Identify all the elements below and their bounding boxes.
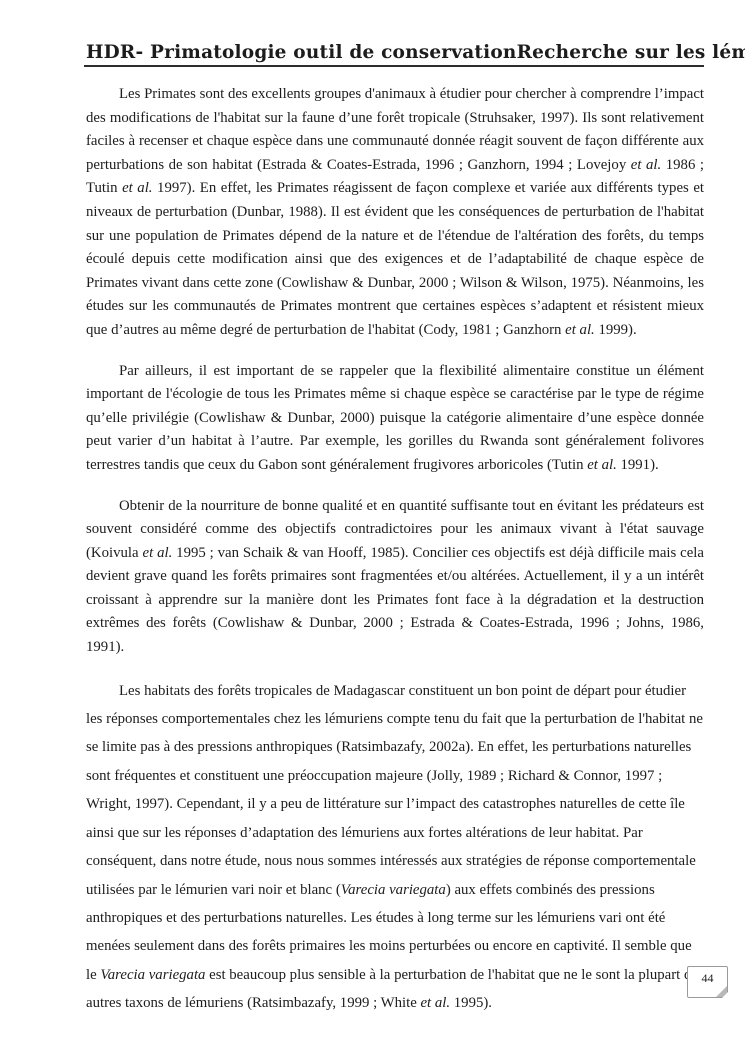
- page-number-box: 44: [687, 966, 728, 998]
- page-number: 44: [702, 971, 714, 986]
- header-rule: [84, 65, 704, 67]
- folded-corner-cut: [722, 992, 728, 998]
- document-page: HDR- Primatologie outil de conservation …: [0, 0, 745, 1053]
- paragraph-4: Les habitats des forêts tropicales de Ma…: [86, 677, 704, 1018]
- paragraph-1: Les Primates sont des excellents groupes…: [86, 83, 704, 343]
- header-right-title: Recherche sur les lémuriens: [517, 42, 745, 63]
- page-header: HDR- Primatologie outil de conservation …: [86, 42, 703, 63]
- paragraph-3: Obtenir de la nourriture de bonne qualit…: [86, 495, 704, 660]
- paragraph-2: Par ailleurs, il est important de se rap…: [86, 360, 704, 478]
- page-body: Les Primates sont des excellents groupes…: [86, 83, 704, 1018]
- header-left-title: HDR- Primatologie outil de conservation: [86, 42, 517, 63]
